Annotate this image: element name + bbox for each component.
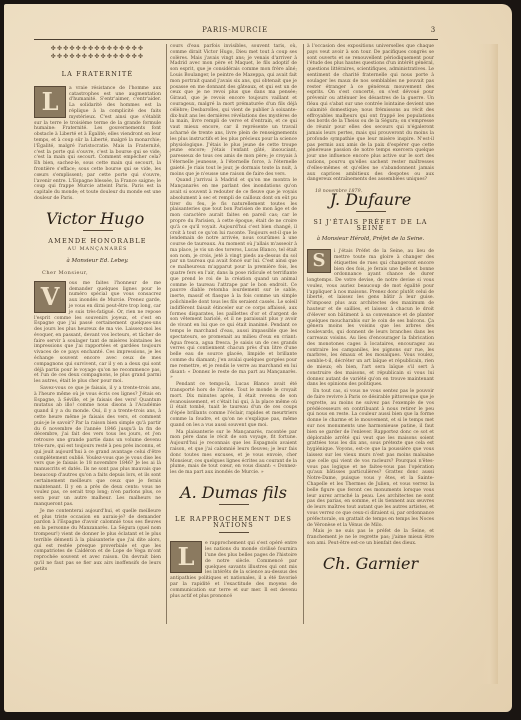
article-fraternite: L a vraie résistance de l'homme aux cata… [34, 86, 161, 202]
article-dedication: à Monsieur Ed. Lebey. [34, 259, 161, 265]
article-body: à l'occasion des expositions universelle… [307, 44, 434, 183]
article-body: Quand j'arrivai à Madrid et qu'on me mon… [170, 178, 297, 381]
ornament-band: ✤✤✤✤✤✤✤✤✤✤✤✤✤✤✤ [34, 54, 161, 60]
article-title-prefet: SI J'ÉTAIS PRÉFET DE LA SEINE [307, 220, 434, 232]
newspaper-page: PARIS-MURCIE 3 ✤✤✤✤✤✤✤✤✤✤✤✤✤✤✤ ✤✤✤✤✤✤✤✤✤… [4, 4, 512, 712]
divider [356, 211, 386, 212]
column-1: ✤✤✤✤✤✤✤✤✤✤✤✤✤✤✤ ✤✤✤✤✤✤✤✤✤✤✤✤✤✤✤ LA FRATE… [34, 44, 161, 574]
signature-dufaure: J. Dufaure [307, 197, 434, 203]
column-divider [303, 44, 304, 624]
article-body: Ma plaisanterie sur le Mançanarès, racon… [170, 430, 297, 476]
dropcap-ornament-icon: V [34, 281, 66, 313]
publication-title: PARIS-MURCIE [34, 26, 436, 34]
dropcap-ornament-icon: S [307, 249, 331, 273]
signature-victor-hugo: Victor Hugo [46, 216, 161, 222]
article-dedication: à Monsieur Hérold, Préfet de la Seine. [307, 237, 434, 243]
signature-garnier: Ch. Garnier [307, 561, 434, 567]
article-body: Savez-vous ce que je faisais, il y a tre… [34, 386, 161, 508]
dropcap-ornament-icon: L [34, 86, 66, 118]
signature-dumas: A. Dumas fils [170, 490, 297, 496]
divider [219, 532, 249, 533]
page-number: 3 [431, 26, 436, 34]
article-body: Pendant ce temps-là, Lucas Blanco avait … [170, 382, 297, 428]
column-2: cours d'eau parfois invisibles, souvent … [170, 44, 297, 600]
column-3: à l'occasion des expositions universelle… [307, 44, 434, 573]
article-body: Mais je ne suis pas le préfet de la Sein… [307, 529, 434, 546]
article-title-amende: AMENDE HONORABLE [34, 239, 161, 245]
article-body: cours d'eau parfois invisibles, souvent … [170, 44, 297, 177]
salutation: Cher Monsieur, [42, 271, 161, 277]
ornament-band: ✤✤✤✤✤✤✤✤✤✤✤✤✤✤✤ [34, 46, 161, 52]
article-body: En tout cas, si vous ne vous sentez pas … [307, 389, 434, 528]
article-title-rapprochement: LE RAPPROCHEMENT DES NATIONS [170, 517, 297, 529]
article-subtitle: AU MANÇANARÈS [34, 247, 161, 253]
divider [219, 504, 249, 505]
column-divider [166, 44, 167, 624]
dropcap-ornament-icon: L [170, 541, 202, 573]
article-body: Je me contenterai aujourd'hui, et quelle… [34, 509, 161, 573]
header-rule [34, 39, 438, 40]
article-title-fraternite: LA FRATERNITÉ [34, 72, 161, 78]
page-header: PARIS-MURCIE 3 [34, 26, 436, 38]
paper-edge-shading [478, 44, 498, 684]
divider [83, 230, 113, 231]
